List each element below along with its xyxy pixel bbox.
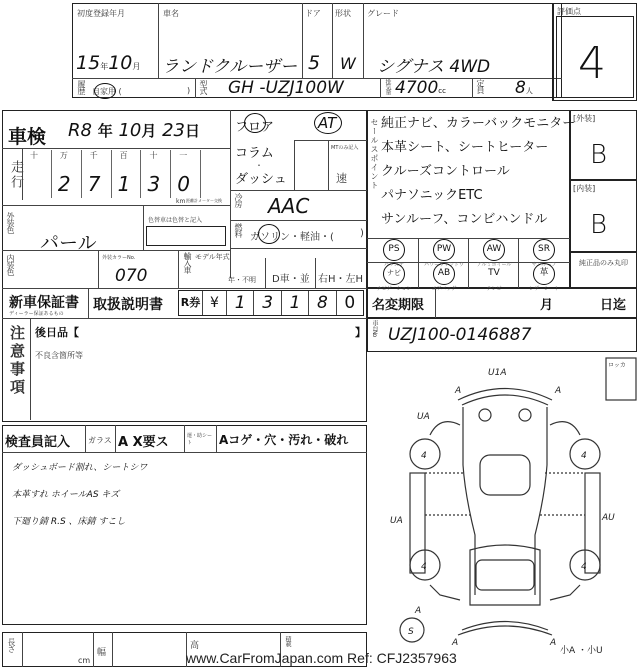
chassis-label: 車台No [370,320,379,336]
svg-text:4: 4 [581,451,587,461]
year-unknown: 年・不明 [228,275,256,285]
equipment-line: 本革シート、シートヒーター [381,136,575,160]
equipment-lines: 純正ナビ、カラーバックモニター 本革シート、シートヒーター クルーズコントロール… [381,112,575,232]
inspector-comment: 下廻り錆 R.S 、床錆 すこし [12,514,147,541]
digit-cell [201,150,230,198]
seat-label: 運・助シート [187,432,215,446]
equipment-line: クルーズコントロール [381,160,575,184]
shift-floor-circle [244,113,266,133]
grade-label: グレード [367,8,399,19]
digit-cell: 千7 [82,150,112,198]
doors-value: 5 [308,52,320,74]
model-value: GH -UZJ100W [228,78,344,98]
mileage-unit: km [176,198,185,205]
svg-text:A: A [414,606,421,616]
svg-text:A: A [454,386,461,396]
recycle-digit: 3 [254,291,281,315]
mileage-digits: 十 万2 千7 百1 十3 一0 [22,150,230,198]
interior-grade-value: B [590,210,607,240]
doors-label: ドア [305,8,321,19]
inspector-comments: ダッシュボード割れ、シートシワ 本革すれ ホイールAS キズ 下廻り錆 R.S … [12,460,147,541]
width-label: 幅 [97,645,106,658]
recycle-box: R券 ¥ 1 3 1 8 0 [178,290,364,316]
svg-text:A: A [451,638,458,648]
color-no-value: 070 [115,266,147,286]
score-value: 4 [578,38,606,89]
svg-text:UA: UA [390,516,403,526]
name-change-day: 日迄 [600,294,626,313]
defects-label: 不良含箇所等 [35,350,83,361]
chassis-value: UZJ100-0146887 [388,325,531,345]
digit-cell: 十3 [141,150,171,198]
speed-unit: 速 [336,170,347,186]
equipment-line: サンルーフ、コンビハンドル [381,208,575,232]
car-name-label: 車名 [163,8,179,19]
digit-cell: 百1 [112,150,142,198]
car-diagram: U1A AA UA 44 UAAU 44 A AA S ロッカ 小A ・小U [370,355,640,655]
interior-color-label: 内装色 [5,254,16,275]
inspector-comment: 本革すれ ホイールAS キズ [12,487,147,514]
inspector-label: 検査員記入 [5,431,70,450]
capacity-value: 8人 [515,78,533,98]
svg-text:S: S [408,627,414,637]
diagram-footer: 小A ・小U [560,644,603,655]
exterior-grade-value: B [590,140,607,170]
first-reg-label: 初度登録年月 [77,8,125,19]
sales-point-label: セールスポイント [369,118,380,190]
color-change-note: 色替車は色替と記入 [148,215,202,224]
length-label: 長さ [6,638,17,652]
score-label: 評価点 [557,6,581,17]
accessories-label: 後日品【 [35,324,79,340]
inspection-label: 車検 [8,122,46,149]
digit-cell: 万2 [52,150,82,198]
inspector-comment: ダッシュボード割れ、シートシワ [12,460,147,487]
car-name-value: ランドクルーザー [162,52,297,77]
capacity-label: 定員 [475,79,486,93]
shape-value: W [340,54,356,73]
svg-text:A: A [549,638,556,648]
history-close: ) [187,86,190,95]
warranty-label: 新車保証書 [9,292,79,312]
svg-text:AU: AU [601,513,615,523]
warranty-note: ディーラー保証あるもの [9,310,64,317]
notes-label: 注意事項 [7,325,28,397]
name-change-label: 名変期限 [372,294,424,313]
glass-options: A X要ス [118,431,169,450]
first-reg-value: 15年10月 [76,52,140,74]
exterior-color-label: 外装色 [5,212,16,233]
length-unit: cm [78,656,90,665]
svg-text:4: 4 [581,562,587,572]
inspection-date: R8 年 10月 23日 [68,120,200,141]
accessories-close: 】 [355,324,366,340]
manual-label: 取扱説明書 [93,294,163,314]
yen-sign: ¥ [203,291,227,315]
displacement-label: 排気量 [383,79,392,94]
svg-text:4: 4 [421,562,427,572]
history-label: 履歴 [76,80,87,94]
mileage-note: 距離計メーター交換 [186,198,222,204]
glass-label: ガラス [88,435,112,446]
recycle-digit: 8 [309,291,336,315]
equipment-line: 純正ナビ、カラーバックモニター [381,112,575,136]
model-year-label: モデル年式 [195,252,230,262]
equipment-line: パナソニックETC [381,184,575,208]
transmission-circle [314,112,342,134]
color-no-label: 外装カラーNo. [102,254,135,261]
genuine-label: 純正品のみ丸印 [576,258,631,268]
dealer-option: D車・並 [272,270,310,285]
digit-cell: 一0 [171,150,201,198]
diagram-top-note: U1A [488,368,506,378]
recycle-digit: 1 [227,291,254,315]
exterior-grade-label: [外装] [573,113,595,124]
svg-text:A: A [554,386,561,396]
svg-text:4: 4 [421,451,427,461]
fuel-label: 燃料 [233,223,244,237]
recycle-digit: 1 [282,291,309,315]
diagram-legend: ロッカ [608,362,626,369]
interior-grade-label: [内装] [573,183,595,194]
import-label: 輸入車 [182,252,193,273]
history-circle [94,83,116,99]
extra-label: 積載 [283,636,292,646]
name-change-month: 月 [540,294,553,313]
aircon-label: 冷房 [233,193,244,207]
grade-value: シグナス 4WD [377,52,490,77]
fuel-close: ) [360,228,364,239]
shape-label: 形状 [335,8,351,19]
seat-options: Aコゲ・穴・汚れ・破れ [219,431,348,448]
aircon-value: AAC [268,194,309,218]
fuel-circle [258,224,280,244]
recycle-label: R券 [179,291,203,315]
mt-note: MTのみ記入 [331,144,361,151]
recycle-digit: 0 [337,291,363,315]
model-label: 型式 [198,80,209,94]
svg-text:UA: UA [417,412,430,422]
displacement-value: 4700cc [395,78,446,98]
watermark: www.CarFromJapan.com Ref: CFJ2357963 [186,650,457,666]
handle-option: 右H・左H [318,270,363,285]
digit-cell: 十 [22,150,52,198]
shift-dash: ダッシュ [235,168,287,187]
shift-column: コラム [235,142,274,161]
